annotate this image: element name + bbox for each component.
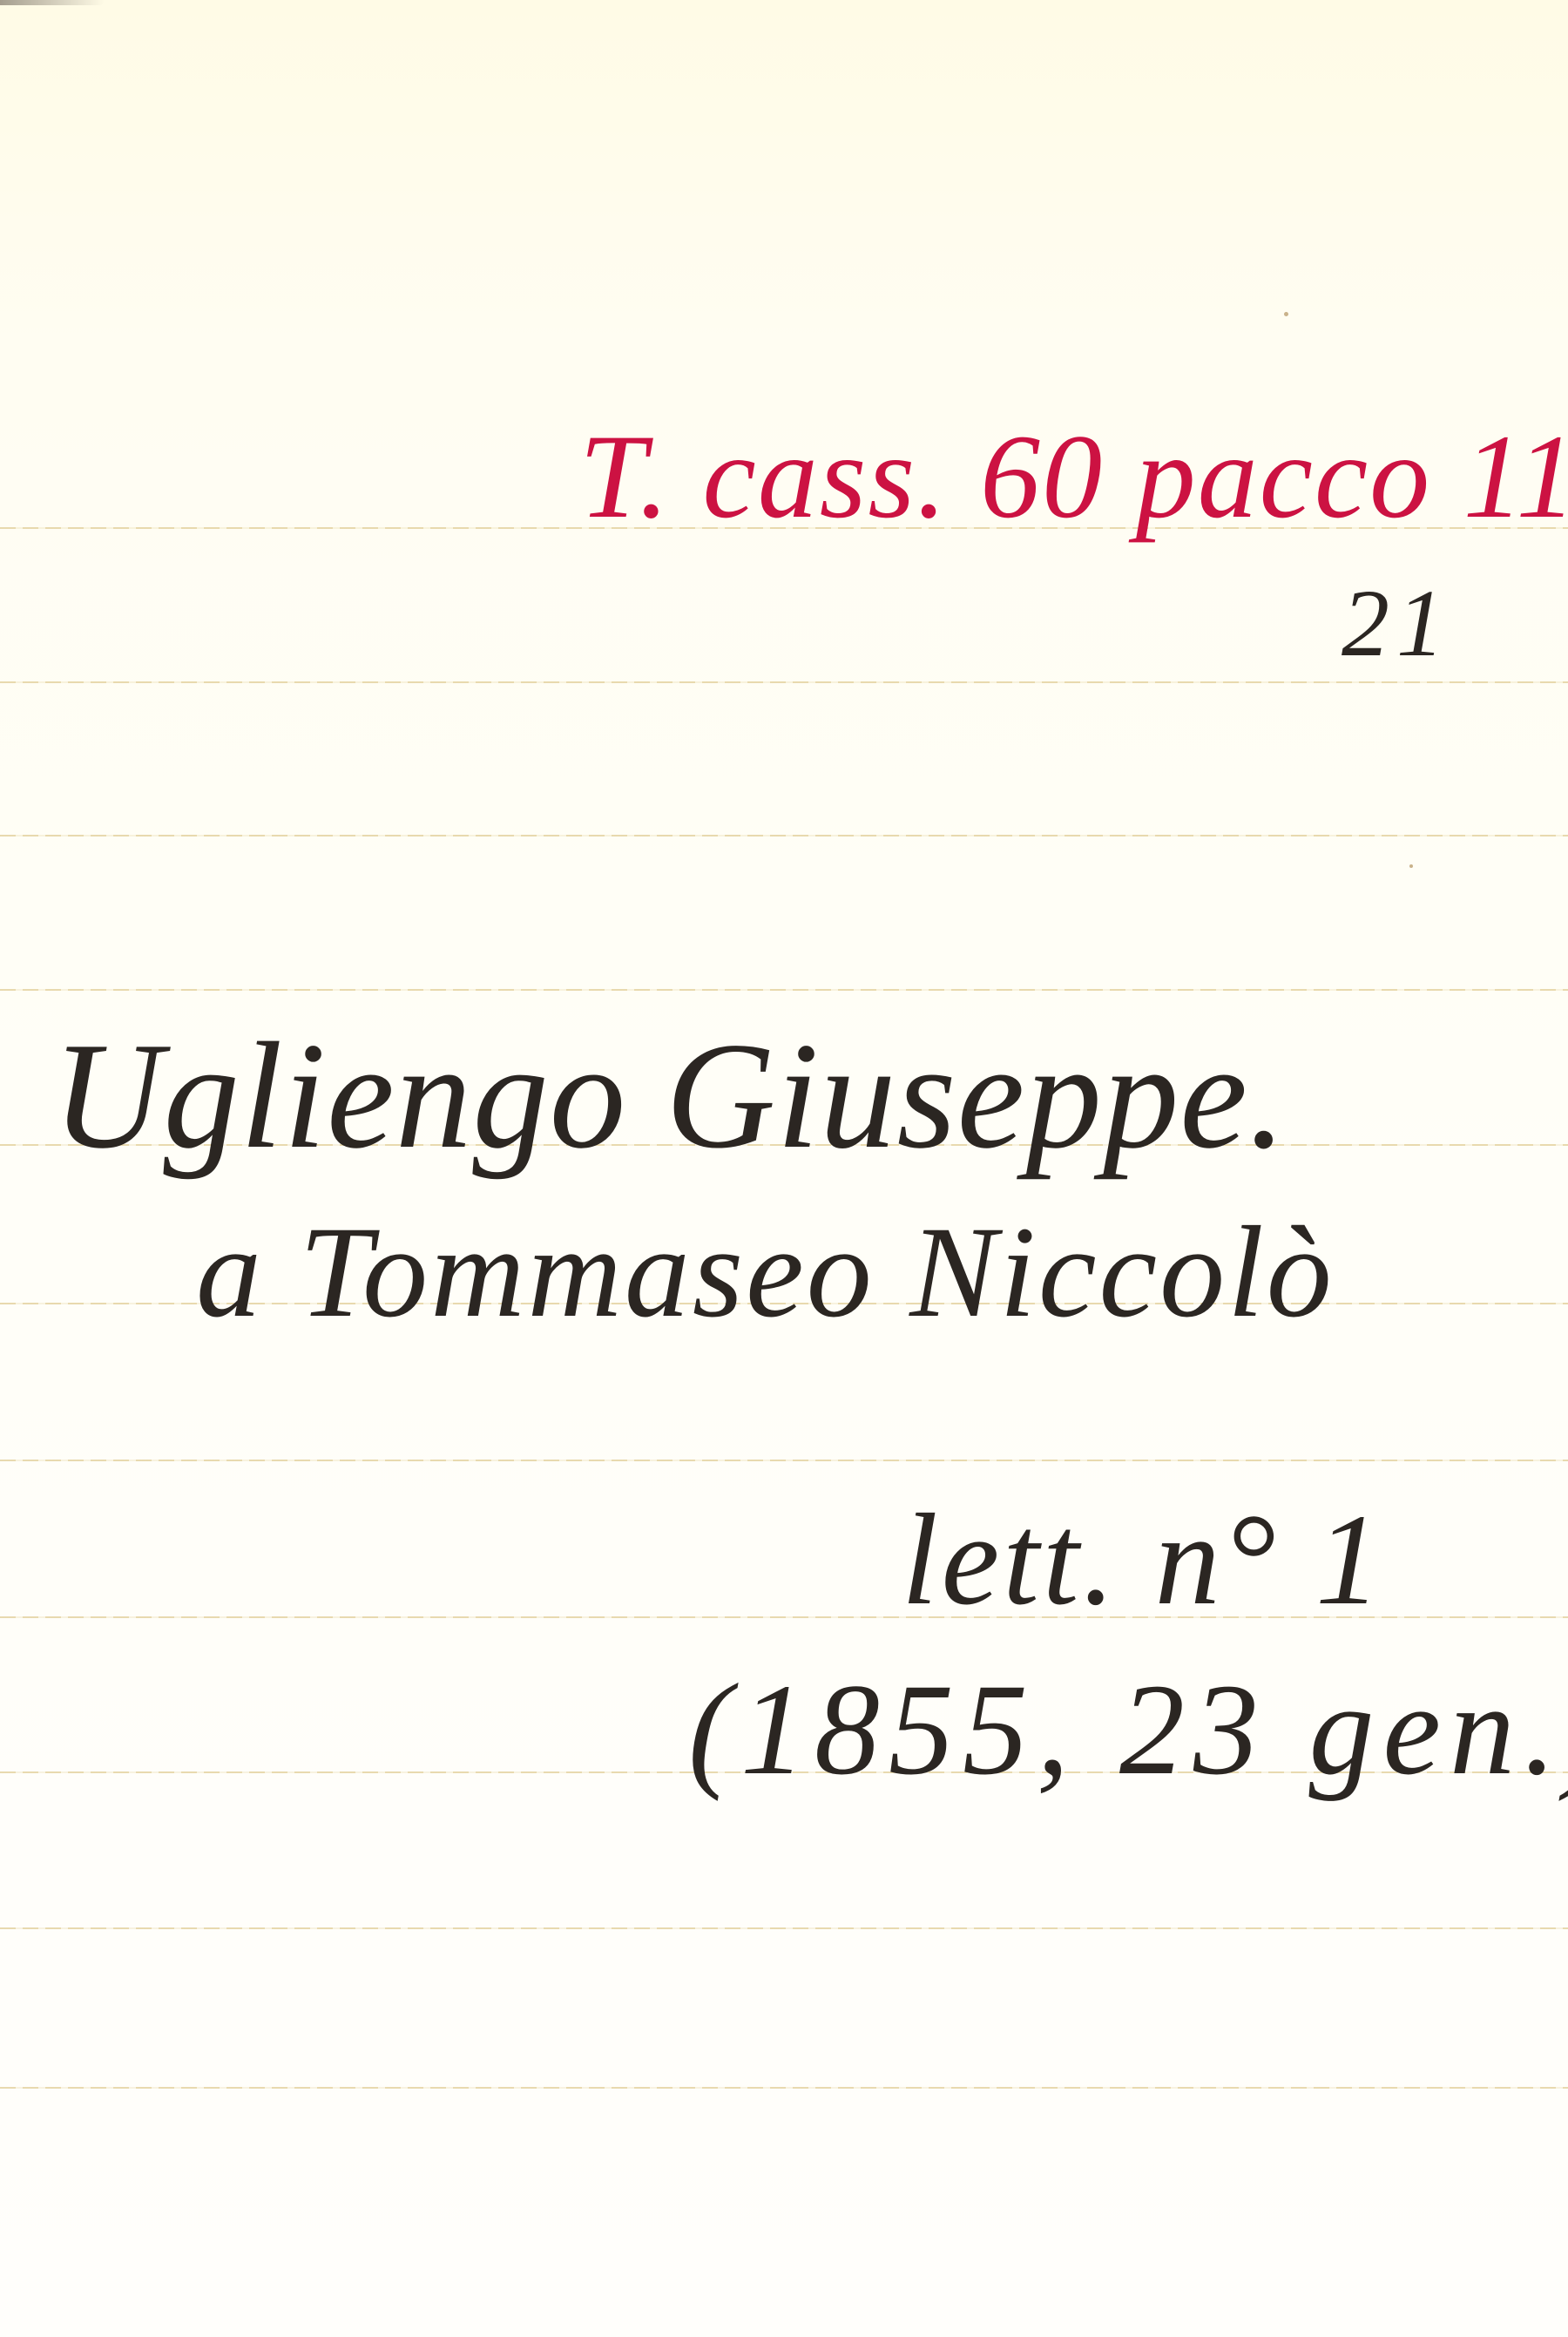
archival-index-card: T. cass. 60 pacco 114. 21 Ugliengo Giuse…: [0, 0, 1568, 2337]
sub-number: 21: [1342, 575, 1451, 671]
ruled-line: [0, 681, 1568, 683]
ruled-line: [0, 1460, 1568, 1461]
ruled-line: [0, 989, 1568, 991]
paper-speck: [1284, 312, 1288, 316]
ruled-line: [0, 1927, 1568, 1929]
corner-smudge: [0, 0, 105, 5]
shelfmark-annotation: T. cass. 60 pacco 114.: [579, 417, 1568, 537]
ruled-line: [0, 835, 1568, 837]
author-name: Ugliengo Giuseppe.: [52, 1019, 1288, 1172]
paper-speck: [1409, 864, 1413, 868]
letter-count: lett. n° 1: [902, 1494, 1384, 1625]
ruled-line: [0, 2087, 1568, 2089]
letter-date: (1855, 23 gen.): [688, 1664, 1568, 1795]
recipient-name: a Tommaseo Niccolò: [196, 1207, 1335, 1338]
